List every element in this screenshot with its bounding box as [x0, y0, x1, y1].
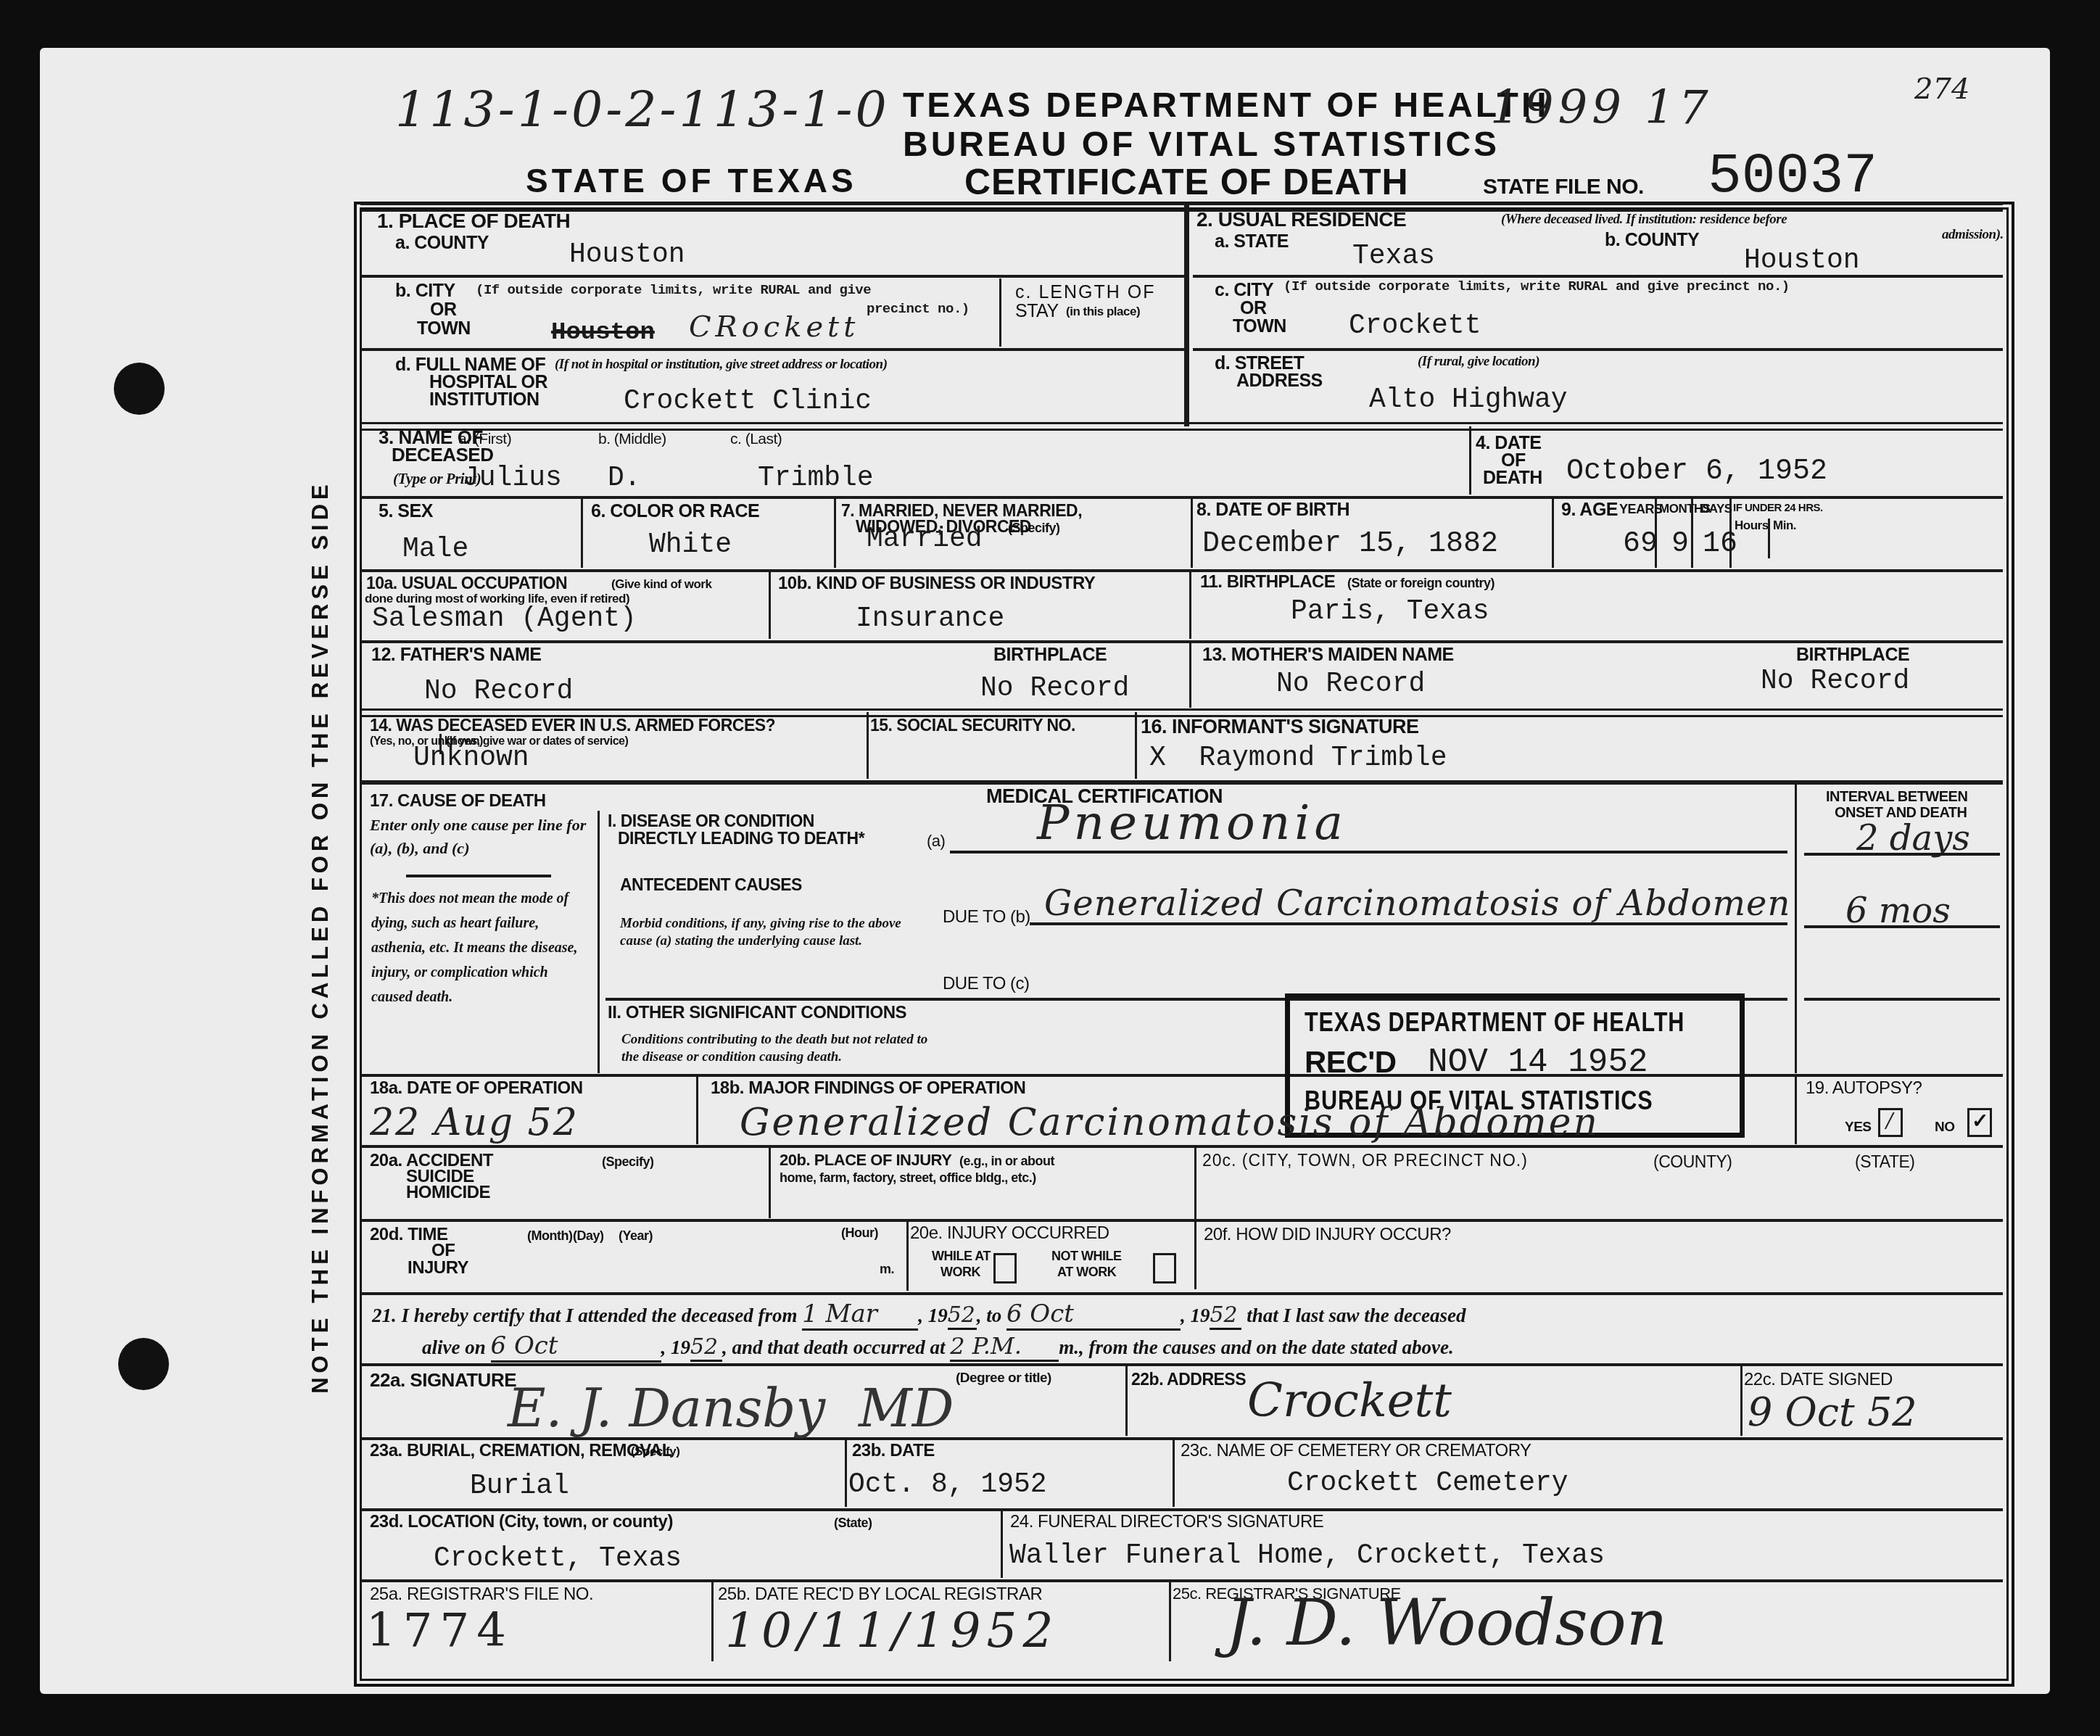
- interval-b-line: [1804, 925, 2000, 928]
- not-while-at-work-label-2: AT WORK: [1057, 1265, 1116, 1280]
- divider: [1795, 1076, 1797, 1144]
- residence-hint: (Where deceased lived. If institution: r…: [1501, 212, 1787, 228]
- how-injury-occurred-label: 20f. HOW DID INJURY OCCUR?: [1204, 1225, 1451, 1244]
- year-prefix: , 19: [661, 1336, 691, 1358]
- operation-date-value: 22 Aug 52: [370, 1101, 579, 1144]
- ssn-label: 15. SOCIAL SECURITY NO.: [870, 716, 1075, 734]
- autopsy-no-mark: ✓: [1972, 1109, 1988, 1133]
- first-name-label: a. (First): [458, 431, 511, 448]
- physician-address-label: 22b. ADDRESS: [1131, 1371, 1246, 1388]
- handwritten-code-right: 1999 17: [1490, 81, 1713, 135]
- father-label: 12. FATHER'S NAME: [371, 645, 542, 664]
- occupation-value: Salesman (Agent): [372, 603, 637, 635]
- registrar-date-value: 10/11/1952: [725, 1603, 1059, 1658]
- street-label-2: ADDRESS: [1236, 371, 1323, 390]
- mother-birthplace-value: No Record: [1761, 666, 1909, 697]
- due-to-c-label: DUE TO (c): [943, 975, 1029, 993]
- length-of-stay-label-2: STAY: [1015, 302, 1059, 321]
- marital-hint: (Specify): [1008, 521, 1060, 536]
- father-name-value: No Record: [424, 676, 573, 707]
- while-at-work-label-2: WORK: [941, 1265, 980, 1280]
- informant-signature-value: X Raymond Trimble: [1149, 743, 1447, 774]
- certify-to-label: , to: [977, 1305, 1002, 1326]
- street-hint: (If rural, give location): [1418, 354, 1539, 370]
- mother-birthplace-label: BIRTHPLACE: [1796, 645, 1909, 664]
- informant-label: 16. INFORMANT'S SIGNATURE: [1141, 716, 1418, 737]
- divider: [1001, 1510, 1003, 1578]
- funeral-director-label: 24. FUNERAL DIRECTOR'S SIGNATURE: [1010, 1513, 1323, 1531]
- disease-label-2: DIRECTLY LEADING TO DEATH*: [618, 830, 864, 847]
- divider: [1173, 1439, 1175, 1507]
- injury-type-label-3: HOMICIDE: [406, 1183, 490, 1202]
- antecedent-label: ANTECEDENT CAUSES: [620, 876, 802, 893]
- mother-name-value: No Record: [1276, 669, 1425, 700]
- injury-month-label: (Month): [527, 1228, 572, 1244]
- divider: [360, 569, 2003, 572]
- certificate-title: CERTIFICATE OF DEATH: [964, 161, 1409, 203]
- father-birthplace-value: No Record: [980, 673, 1129, 704]
- divider: [360, 1292, 2003, 1295]
- certify-text-4: , and that death occurred at: [722, 1336, 946, 1358]
- injury-place-hint: (e.g., in or about: [959, 1154, 1054, 1169]
- divider: [696, 1076, 698, 1144]
- disposition-value: Burial: [470, 1471, 569, 1502]
- divider: [360, 1508, 2003, 1511]
- other-conditions-label: II. OTHER SIGNIFICANT CONDITIONS: [608, 1004, 906, 1022]
- divider: [769, 1147, 771, 1218]
- divider: [1189, 571, 1191, 639]
- divider: [598, 811, 600, 1073]
- attended-from-year-value: 52: [948, 1302, 977, 1330]
- certify-text-2: that I last saw the deceased: [1247, 1305, 1466, 1326]
- divider: [360, 1145, 2003, 1148]
- injury-city-label: 20c. (CITY, TOWN, OR PRECINCT NO.): [1202, 1152, 1528, 1169]
- divider: [1193, 275, 2003, 278]
- cause-of-death-label: 17. CAUSE OF DEATH: [370, 792, 546, 810]
- residence-city-or-label: OR: [1240, 299, 1267, 318]
- divider: [834, 499, 836, 568]
- injury-state-label: (STATE): [1855, 1153, 1915, 1170]
- while-at-work-label: WHILE AT: [932, 1249, 991, 1264]
- operation-findings-value: Generalized Carcinomatosis of Abdomen: [740, 1101, 1600, 1144]
- birthplace-label: 11. BIRTHPLACE: [1200, 573, 1335, 591]
- divider: [360, 1363, 2003, 1366]
- divider: [360, 203, 2003, 212]
- antecedent-hint: Morbid conditions, if any, giving rise t…: [620, 915, 925, 950]
- death-city-struck-value: Houston: [551, 319, 655, 347]
- cause-b-value: Generalized Carcinomatosis of Abdomen: [1044, 883, 1790, 924]
- death-city-handwritten-value: CRockett: [689, 310, 859, 344]
- divider: [1135, 712, 1137, 779]
- city-hint: (If outside corporate limits, write RURA…: [476, 282, 871, 298]
- divider: [581, 499, 583, 568]
- cause-a-value: Pneumonia: [1037, 795, 1347, 851]
- divider: [711, 1582, 714, 1661]
- county-label: a. COUNTY: [395, 233, 489, 252]
- residence-city-value: Crockett: [1349, 310, 1481, 342]
- industry-value: Insurance: [856, 603, 1004, 635]
- street-value: Alto Highway: [1369, 384, 1568, 416]
- physician-name: E. J. Dansby: [508, 1378, 825, 1439]
- line-a-label: (a): [927, 832, 945, 849]
- divider: [1729, 499, 1732, 568]
- divider: [1191, 499, 1193, 568]
- certify-text-3: alive on: [422, 1336, 486, 1358]
- stamp-received-date: NOV 14 1952: [1428, 1043, 1648, 1081]
- certify-line-1: 21. I hereby certify that I attended the…: [372, 1299, 1466, 1331]
- date-of-death-label-3: DEATH: [1483, 468, 1542, 487]
- handwritten-corner-number: 274: [1914, 73, 1969, 106]
- punch-hole: [118, 1338, 169, 1390]
- state-title: STATE OF TEXAS: [526, 161, 857, 200]
- divider: [1768, 518, 1770, 558]
- hospital-label-3: INSTITUTION: [429, 390, 539, 409]
- divider: [999, 278, 1001, 347]
- cemetery-label: 23c. NAME OF CEMETERY OR CREMATORY: [1181, 1442, 1531, 1460]
- residence-county-label: b. COUNTY: [1605, 231, 1699, 249]
- reverse-side-note: NOTE THE INFORMATION CALLED FOR ON THE R…: [309, 480, 333, 1394]
- operation-date-label: 18a. DATE OF OPERATION: [370, 1079, 583, 1097]
- hospital-hint: (If not in hospital or institution, give…: [555, 357, 887, 373]
- state-file-number: 50037: [1708, 145, 1877, 209]
- age-days-label: DAYS: [1700, 502, 1732, 516]
- divider: [360, 422, 2003, 431]
- cause-of-death-hint: Enter only one cause per line for (a), (…: [370, 814, 587, 860]
- attended-to-value: 6 Oct: [1006, 1299, 1181, 1331]
- residence-city-town-label: TOWN: [1233, 317, 1286, 336]
- date-of-death-value: October 6, 1952: [1566, 455, 1827, 488]
- disease-label: I. DISEASE OR CONDITION: [608, 812, 814, 830]
- middle-name-label: b. (Middle): [598, 431, 666, 448]
- age-days-value: 16: [1703, 528, 1737, 561]
- interval-c-line: [1804, 998, 2000, 1001]
- physician-signature-value: E. J. Dansby MD: [508, 1378, 954, 1439]
- injury-place-hint-2: home, farm, factory, street, office bldg…: [780, 1170, 1036, 1186]
- autopsy-no-label: NO: [1935, 1120, 1955, 1136]
- race-value: White: [649, 529, 732, 561]
- disposition-label: 23a. BURIAL, CREMATION, REMOVAL: [370, 1442, 672, 1460]
- due-to-b-label: DUE TO (b): [943, 908, 1030, 926]
- middle-name-value: D.: [608, 463, 641, 494]
- city-town-label: TOWN: [417, 319, 471, 338]
- autopsy-no-checkbox[interactable]: ✓: [1967, 1108, 1992, 1137]
- death-time-value: 2 P.M.: [950, 1332, 1059, 1362]
- divider: [906, 1221, 909, 1291]
- cause-a-line: [950, 851, 1787, 853]
- burial-state-label: (State): [834, 1516, 872, 1531]
- residence-state-label: a. STATE: [1215, 232, 1289, 251]
- autopsy-yes-checkbox[interactable]: /: [1878, 1108, 1903, 1137]
- year-prefix: , 19: [1181, 1305, 1210, 1326]
- date-signed-label: 22c. DATE SIGNED: [1744, 1371, 1893, 1389]
- divider: [1691, 499, 1693, 568]
- birthplace-hint: (State or foreign country): [1347, 576, 1495, 591]
- place-of-death-label: 1. PLACE OF DEATH: [377, 210, 570, 231]
- injury-m-label: m.: [880, 1262, 894, 1277]
- physician-degree: MD: [859, 1378, 954, 1439]
- injury-specify-label: (Specify): [602, 1154, 654, 1170]
- alive-on-year-value: 52: [690, 1334, 722, 1362]
- injury-time-label-3: INJURY: [408, 1259, 468, 1277]
- registrar-signature-value: J. D. Woodson: [1225, 1585, 1667, 1660]
- divider: [867, 712, 869, 779]
- industry-label: 10b. KIND OF BUSINESS OR INDUSTRY: [778, 574, 1095, 592]
- handwritten-code-left: 113-1-0-2-113-1-0: [395, 81, 890, 139]
- year-prefix: , 19: [918, 1305, 948, 1326]
- cause-of-death-note: *This does not mean the mode of dying, s…: [371, 886, 589, 1009]
- stamp-line-1: TEXAS DEPARTMENT OF HEALTH: [1305, 1009, 1684, 1036]
- divider: [1169, 1582, 1171, 1661]
- divider: [1655, 499, 1657, 568]
- sex-value: Male: [402, 534, 468, 565]
- registrar-date-label: 25b. DATE REC'D BY LOCAL REGISTRAR: [718, 1585, 1042, 1603]
- burial-date-label: 23b. DATE: [852, 1442, 935, 1460]
- injury-county-label: (COUNTY): [1653, 1153, 1732, 1170]
- divider: [1552, 499, 1554, 568]
- divider: [360, 640, 2003, 643]
- injury-place-label: 20b. PLACE OF INJURY: [780, 1152, 951, 1168]
- divider: [406, 875, 551, 877]
- injury-time-label-2: OF: [431, 1241, 455, 1260]
- mother-label: 13. MOTHER'S MAIDEN NAME: [1202, 645, 1454, 664]
- punch-hole: [114, 363, 165, 415]
- occupation-hint: (Give kind of work: [611, 577, 711, 592]
- registrar-file-value: 1774: [366, 1604, 513, 1658]
- divider: [360, 348, 1184, 351]
- divider: [1194, 1147, 1196, 1289]
- while-at-work-checkbox[interactable]: [993, 1253, 1017, 1284]
- first-name-value: Julius: [463, 463, 562, 494]
- date-signed-value: 9 Oct 52: [1748, 1389, 1917, 1435]
- father-birthplace-label: BIRTHPLACE: [993, 645, 1107, 664]
- divider: [360, 1219, 2003, 1222]
- disposition-hint: (Specify): [631, 1444, 679, 1459]
- physician-signature-label: 22a. SIGNATURE: [370, 1371, 516, 1390]
- hours-label: Hours: [1735, 518, 1769, 533]
- physician-address-value: Crockett: [1247, 1374, 1452, 1428]
- age-years-value: 69: [1623, 528, 1658, 561]
- under-24-label: IF UNDER 24 HRS.: [1733, 502, 1823, 514]
- length-of-stay-hint: (in this place): [1066, 305, 1140, 319]
- burial-date-value: Oct. 8, 1952: [848, 1469, 1047, 1500]
- divider: [769, 571, 771, 639]
- injury-hour-label: (Hour): [841, 1225, 878, 1241]
- attended-to-year-value: 52: [1210, 1302, 1241, 1330]
- residence-city-label: c. CITY: [1215, 281, 1273, 299]
- attended-from-value: 1 Mar: [802, 1299, 918, 1331]
- burial-location-label: 23d. LOCATION (City, town, or county): [370, 1513, 673, 1531]
- city-label: b. CITY: [395, 281, 455, 300]
- occupation-label: 10a. USUAL OCCUPATION: [366, 574, 567, 592]
- divider: [1193, 348, 2003, 351]
- death-county-value: Houston: [569, 239, 685, 270]
- divider: [360, 780, 2003, 785]
- department-title: TEXAS DEPARTMENT OF HEALTH: [903, 86, 1550, 125]
- other-conditions-hint: Conditions contributing to the death but…: [621, 1031, 933, 1066]
- degree-label: (Degree or title): [956, 1371, 1051, 1386]
- race-label: 6. COLOR OR RACE: [591, 502, 759, 521]
- armed-forces-value: Unknown: [413, 743, 529, 774]
- residence-city-hint: (If outside corporate limits, write RURA…: [1283, 278, 1790, 294]
- birth-date-label: 8. DATE OF BIRTH: [1196, 500, 1349, 519]
- autopsy-label: 19. AUTOPSY?: [1806, 1079, 1922, 1097]
- last-name-value: Trimble: [758, 463, 874, 494]
- certify-text-1: 21. I hereby certify that I attended the…: [372, 1305, 797, 1326]
- hospital-value: Crockett Clinic: [624, 386, 872, 417]
- autopsy-yes-label: YES: [1845, 1120, 1872, 1136]
- armed-forces-label: 14. WAS DECEASED EVER IN U.S. ARMED FORC…: [370, 716, 775, 734]
- divider: [360, 1579, 2003, 1582]
- divider: [1740, 1366, 1743, 1436]
- last-name-label: c. (Last): [730, 431, 782, 448]
- divider: [1795, 785, 1797, 1073]
- marital-value: Married: [867, 524, 983, 555]
- injury-year-label: (Year): [619, 1228, 653, 1244]
- injury-day-label: (Day): [573, 1228, 604, 1244]
- age-label: 9. AGE: [1561, 500, 1618, 519]
- divider: [1125, 1366, 1128, 1436]
- state-file-label: STATE FILE NO.: [1483, 175, 1644, 199]
- birthplace-value: Paris, Texas: [1291, 596, 1489, 627]
- burial-location-value: Crockett, Texas: [434, 1543, 682, 1574]
- age-months-value: 9: [1671, 528, 1689, 561]
- divider: [845, 1439, 847, 1507]
- certify-text-5: m., from the causes and on the date stat…: [1059, 1336, 1453, 1358]
- divider: [360, 1074, 2003, 1077]
- divider: [1189, 642, 1191, 708]
- city-or-label: OR: [430, 300, 457, 319]
- injury-occurred-label: 20e. INJURY OCCURRED: [910, 1224, 1109, 1242]
- alive-on-value: 6 Oct: [491, 1331, 661, 1363]
- funeral-director-value: Waller Funeral Home, Crockett, Texas: [1009, 1540, 1605, 1571]
- sex-label: 5. SEX: [379, 502, 433, 521]
- bureau-title: BUREAU OF VITAL STATISTICS: [903, 125, 1500, 165]
- cemetery-value: Crockett Cemetery: [1287, 1468, 1568, 1499]
- birth-date-value: December 15, 1882: [1202, 528, 1498, 561]
- residence-state-value: Texas: [1352, 241, 1435, 272]
- divider: [1469, 426, 1471, 495]
- not-while-at-work-checkbox[interactable]: [1153, 1253, 1176, 1284]
- interval-a-line: [1804, 853, 2000, 856]
- stamp-received-label: REC'D: [1305, 1046, 1397, 1078]
- registrar-file-label: 25a. REGISTRAR'S FILE NO.: [370, 1585, 593, 1603]
- minutes-label: Min.: [1773, 518, 1796, 533]
- length-of-stay-label: c. LENGTH OF: [1015, 283, 1155, 302]
- autopsy-yes-mark: /: [1886, 1109, 1893, 1133]
- residence-hint-2: admission).: [1942, 227, 2004, 243]
- divider: [360, 496, 2003, 499]
- certify-line-2: alive on 6 Oct, 1952, and that death occ…: [422, 1331, 1454, 1363]
- not-while-at-work-label: NOT WHILE: [1051, 1249, 1122, 1264]
- interval-label: INTERVAL BETWEEN: [1826, 789, 1967, 806]
- city-hint-2: precinct no.): [867, 301, 970, 317]
- divider: [360, 275, 1184, 278]
- operation-findings-label: 18b. MAJOR FINDINGS OF OPERATION: [711, 1079, 1025, 1097]
- residence-county-value: Houston: [1744, 245, 1860, 276]
- usual-residence-label: 2. USUAL RESIDENCE: [1196, 209, 1406, 230]
- divider: [1184, 204, 1189, 426]
